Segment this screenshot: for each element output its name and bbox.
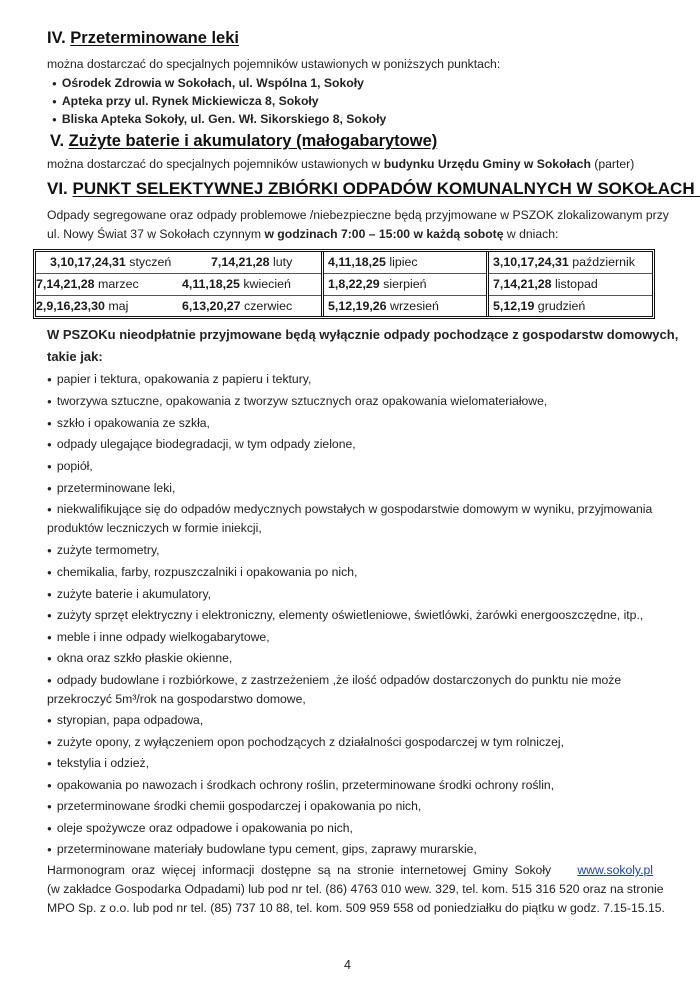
accepted-item: odpady budowlane i rozbiórkowe, z zastrz…	[47, 673, 621, 687]
section-6-intro-line-1: Odpady segregowane oraz odpady problemow…	[47, 208, 669, 222]
section-5-intro-suffix: (parter)	[591, 157, 634, 171]
schedule-row: 3,10,17,24,31 październik	[489, 252, 652, 274]
accepted-item-continuation: przekroczyć 5m³/rok na gospodarstwo domo…	[47, 692, 306, 706]
website-link[interactable]: www.sokoly.pl	[577, 863, 653, 877]
days: 7,14,21,28	[36, 277, 95, 291]
days: 6,13,20,27	[182, 299, 241, 313]
schedule-row: 7,14,21,28 marzec 4,11,18,25 kwiecień	[36, 274, 321, 296]
accepted-item: tekstylia i odzież,	[47, 756, 149, 770]
month: maj	[108, 299, 128, 313]
days: 1,8,22,29	[328, 277, 380, 291]
section-6-number: VI.	[47, 179, 68, 198]
schedule-row: 5,12,19 grudzień	[489, 296, 652, 317]
accepted-item: tworzywa sztuczne, opakowania z tworzyw …	[47, 394, 547, 408]
schedule-cell: 6,13,20,27 czerwiec	[182, 296, 292, 317]
month: luty	[273, 255, 292, 269]
section-5-title: Zużyte baterie i akumulatory (małogabary…	[69, 132, 438, 150]
drop-point-item: Bliska Apteka Sokoły, ul. Gen. Wł. Sikor…	[52, 112, 386, 126]
month: sierpień	[383, 277, 426, 291]
footer-line-2: (w zakładce Gospodarka Odpadami) lub pod…	[47, 882, 664, 896]
days: 7,14,21,28	[211, 255, 270, 269]
collection-schedule-table: 3,10,17,24,31 styczeń 7,14,21,28 luty 7,…	[33, 249, 655, 319]
schedule-cell: 3,10,17,24,31 styczeń	[50, 252, 171, 273]
schedule-group-jan-jun: 3,10,17,24,31 styczeń 7,14,21,28 luty 7,…	[36, 252, 324, 316]
schedule-group-jul-sep: 4,11,18,25 lipiec 1,8,22,29 sierpień 5,1…	[324, 252, 489, 316]
month: lipiec	[389, 255, 417, 269]
schedule-cell: 7,14,21,28 marzec	[36, 274, 139, 295]
days: 2,9,16,23,30	[36, 299, 105, 313]
section-4-heading: IV. Przeterminowane leki	[47, 29, 239, 48]
schedule-cell: 1,8,22,29 sierpień	[328, 274, 427, 295]
days: 7,14,21,28	[493, 277, 552, 291]
schedule-row: 4,11,18,25 lipiec	[324, 252, 486, 274]
schedule-row: 7,14,21,28 listopad	[489, 274, 652, 296]
accepted-waste-heading-line-1: W PSZOKu nieodpłatnie przyjmowane będą w…	[47, 327, 678, 342]
drop-point-item: Ośrodek Zdrowia w Sokołach, ul. Wspólna …	[52, 76, 364, 90]
section-5-number: V.	[50, 132, 64, 150]
accepted-item: zużyte baterie i akumulatory,	[47, 587, 211, 601]
month: październik	[572, 255, 635, 269]
accepted-item: odpady ulegające biodegradacji, w tym od…	[47, 437, 356, 451]
document-page: IV. Przeterminowane leki można dostarcza…	[0, 0, 700, 989]
opening-hours: w godzinach 7:00 – 15:00 w każdą sobotę	[264, 227, 503, 241]
schedule-row: 1,8,22,29 sierpień	[324, 274, 486, 296]
accepted-item: szkło i opakowania ze szkła,	[47, 416, 210, 430]
address-text: ul. Nowy Świat 37 w Sokołach czynnym	[47, 227, 264, 241]
section-5-intro: można dostarczać do specjalnych pojemnik…	[47, 157, 634, 171]
accepted-item: okna oraz szkło płaskie okienne,	[47, 651, 232, 665]
section-4-intro: można dostarczać do specjalnych pojemnik…	[47, 57, 500, 71]
accepted-waste-heading-line-2: takie jak:	[47, 349, 103, 364]
schedule-cell: 5,12,19 grudzień	[493, 296, 585, 317]
intro-suffix: w dniach:	[504, 227, 559, 241]
month: kwiecień	[243, 277, 291, 291]
footer-line-1: Harmonogram oraz więcej informacji dostę…	[47, 863, 653, 877]
schedule-row: 5,12,19,26 wrzesień	[324, 296, 486, 317]
accepted-item: niekwalifikujące się do odpadów medyczny…	[47, 502, 652, 516]
days: 4,11,18,25	[328, 255, 386, 269]
days: 4,11,18,25	[182, 277, 240, 291]
accepted-item-continuation: produktów leczniczych w formie iniekcji,	[47, 521, 262, 535]
month: wrzesień	[390, 299, 439, 313]
month: czerwiec	[244, 299, 292, 313]
schedule-row: 3,10,17,24,31 styczeń 7,14,21,28 luty	[36, 252, 321, 274]
days: 3,10,17,24,31	[50, 255, 126, 269]
days: 5,12,19	[493, 299, 534, 313]
section-6-intro-line-2: ul. Nowy Świat 37 w Sokołach czynnym w g…	[47, 227, 558, 241]
schedule-cell: 5,12,19,26 wrzesień	[328, 296, 439, 317]
accepted-item: przeterminowane środki chemii gospodarcz…	[47, 799, 421, 813]
days: 5,12,19,26	[328, 299, 387, 313]
accepted-item: opakowania po nawozach i środkach ochron…	[47, 778, 554, 792]
accepted-item: styropian, papa odpadowa,	[47, 713, 203, 727]
footer-line-3: MPO Sp. z o.o. lub pod nr tel. (85) 737 …	[47, 901, 665, 915]
accepted-item: oleje spożywcze oraz odpadowe i opakowan…	[47, 821, 353, 835]
page-number: 4	[344, 958, 351, 972]
accepted-item: przeterminowane materiały budowlane typu…	[47, 842, 477, 856]
section-5-intro-text: można dostarczać do specjalnych pojemnik…	[47, 157, 384, 171]
accepted-item: zużyte termometry,	[47, 543, 160, 557]
schedule-cell: 7,14,21,28 listopad	[493, 274, 598, 295]
section-4-title: Przeterminowane leki	[70, 29, 239, 47]
drop-point-item: Apteka przy ul. Rynek Mickiewicza 8, Sok…	[52, 94, 319, 108]
section-6-heading: VI. PUNKT SELEKTYWNEJ ZBIÓRKI ODPADÓW KO…	[47, 179, 700, 199]
month: grudzień	[538, 299, 586, 313]
accepted-item: zużyty sprzęt elektryczny i elektroniczn…	[47, 608, 643, 622]
section-6-title: PUNKT SELEKTYWNEJ ZBIÓRKI ODPADÓW KOMUNA…	[73, 179, 700, 198]
schedule-cell: 2,9,16,23,30 maj	[36, 296, 128, 317]
schedule-row: 2,9,16,23,30 maj 6,13,20,27 czerwiec	[36, 296, 321, 317]
accepted-item: papier i tektura, opakowania z papieru i…	[47, 372, 311, 386]
schedule-cell: 3,10,17,24,31 październik	[493, 252, 635, 273]
month: styczeń	[129, 255, 171, 269]
section-5-location: budynku Urzędu Gminy w Sokołach	[384, 157, 591, 171]
section-4-number: IV.	[47, 29, 66, 47]
footer-text: Harmonogram oraz więcej informacji dostę…	[47, 863, 551, 877]
days: 3,10,17,24,31	[493, 255, 569, 269]
month: marzec	[98, 277, 139, 291]
schedule-cell: 4,11,18,25 kwiecień	[182, 274, 291, 295]
accepted-item: chemikalia, farby, rozpuszczalniki i opa…	[47, 565, 357, 579]
month: listopad	[555, 277, 598, 291]
schedule-cell: 7,14,21,28 luty	[211, 252, 292, 273]
schedule-group-oct-dec: 3,10,17,24,31 październik 7,14,21,28 lis…	[489, 252, 652, 316]
schedule-cell: 4,11,18,25 lipiec	[328, 252, 418, 273]
accepted-item: meble i inne odpady wielkogabarytowe,	[47, 630, 270, 644]
accepted-item: popiół,	[47, 459, 93, 473]
accepted-item: przeterminowane leki,	[47, 481, 175, 495]
accepted-item: zużyte opony, z wyłączeniem opon pochodz…	[47, 735, 564, 749]
section-5-heading: V. Zużyte baterie i akumulatory (małogab…	[50, 132, 437, 151]
